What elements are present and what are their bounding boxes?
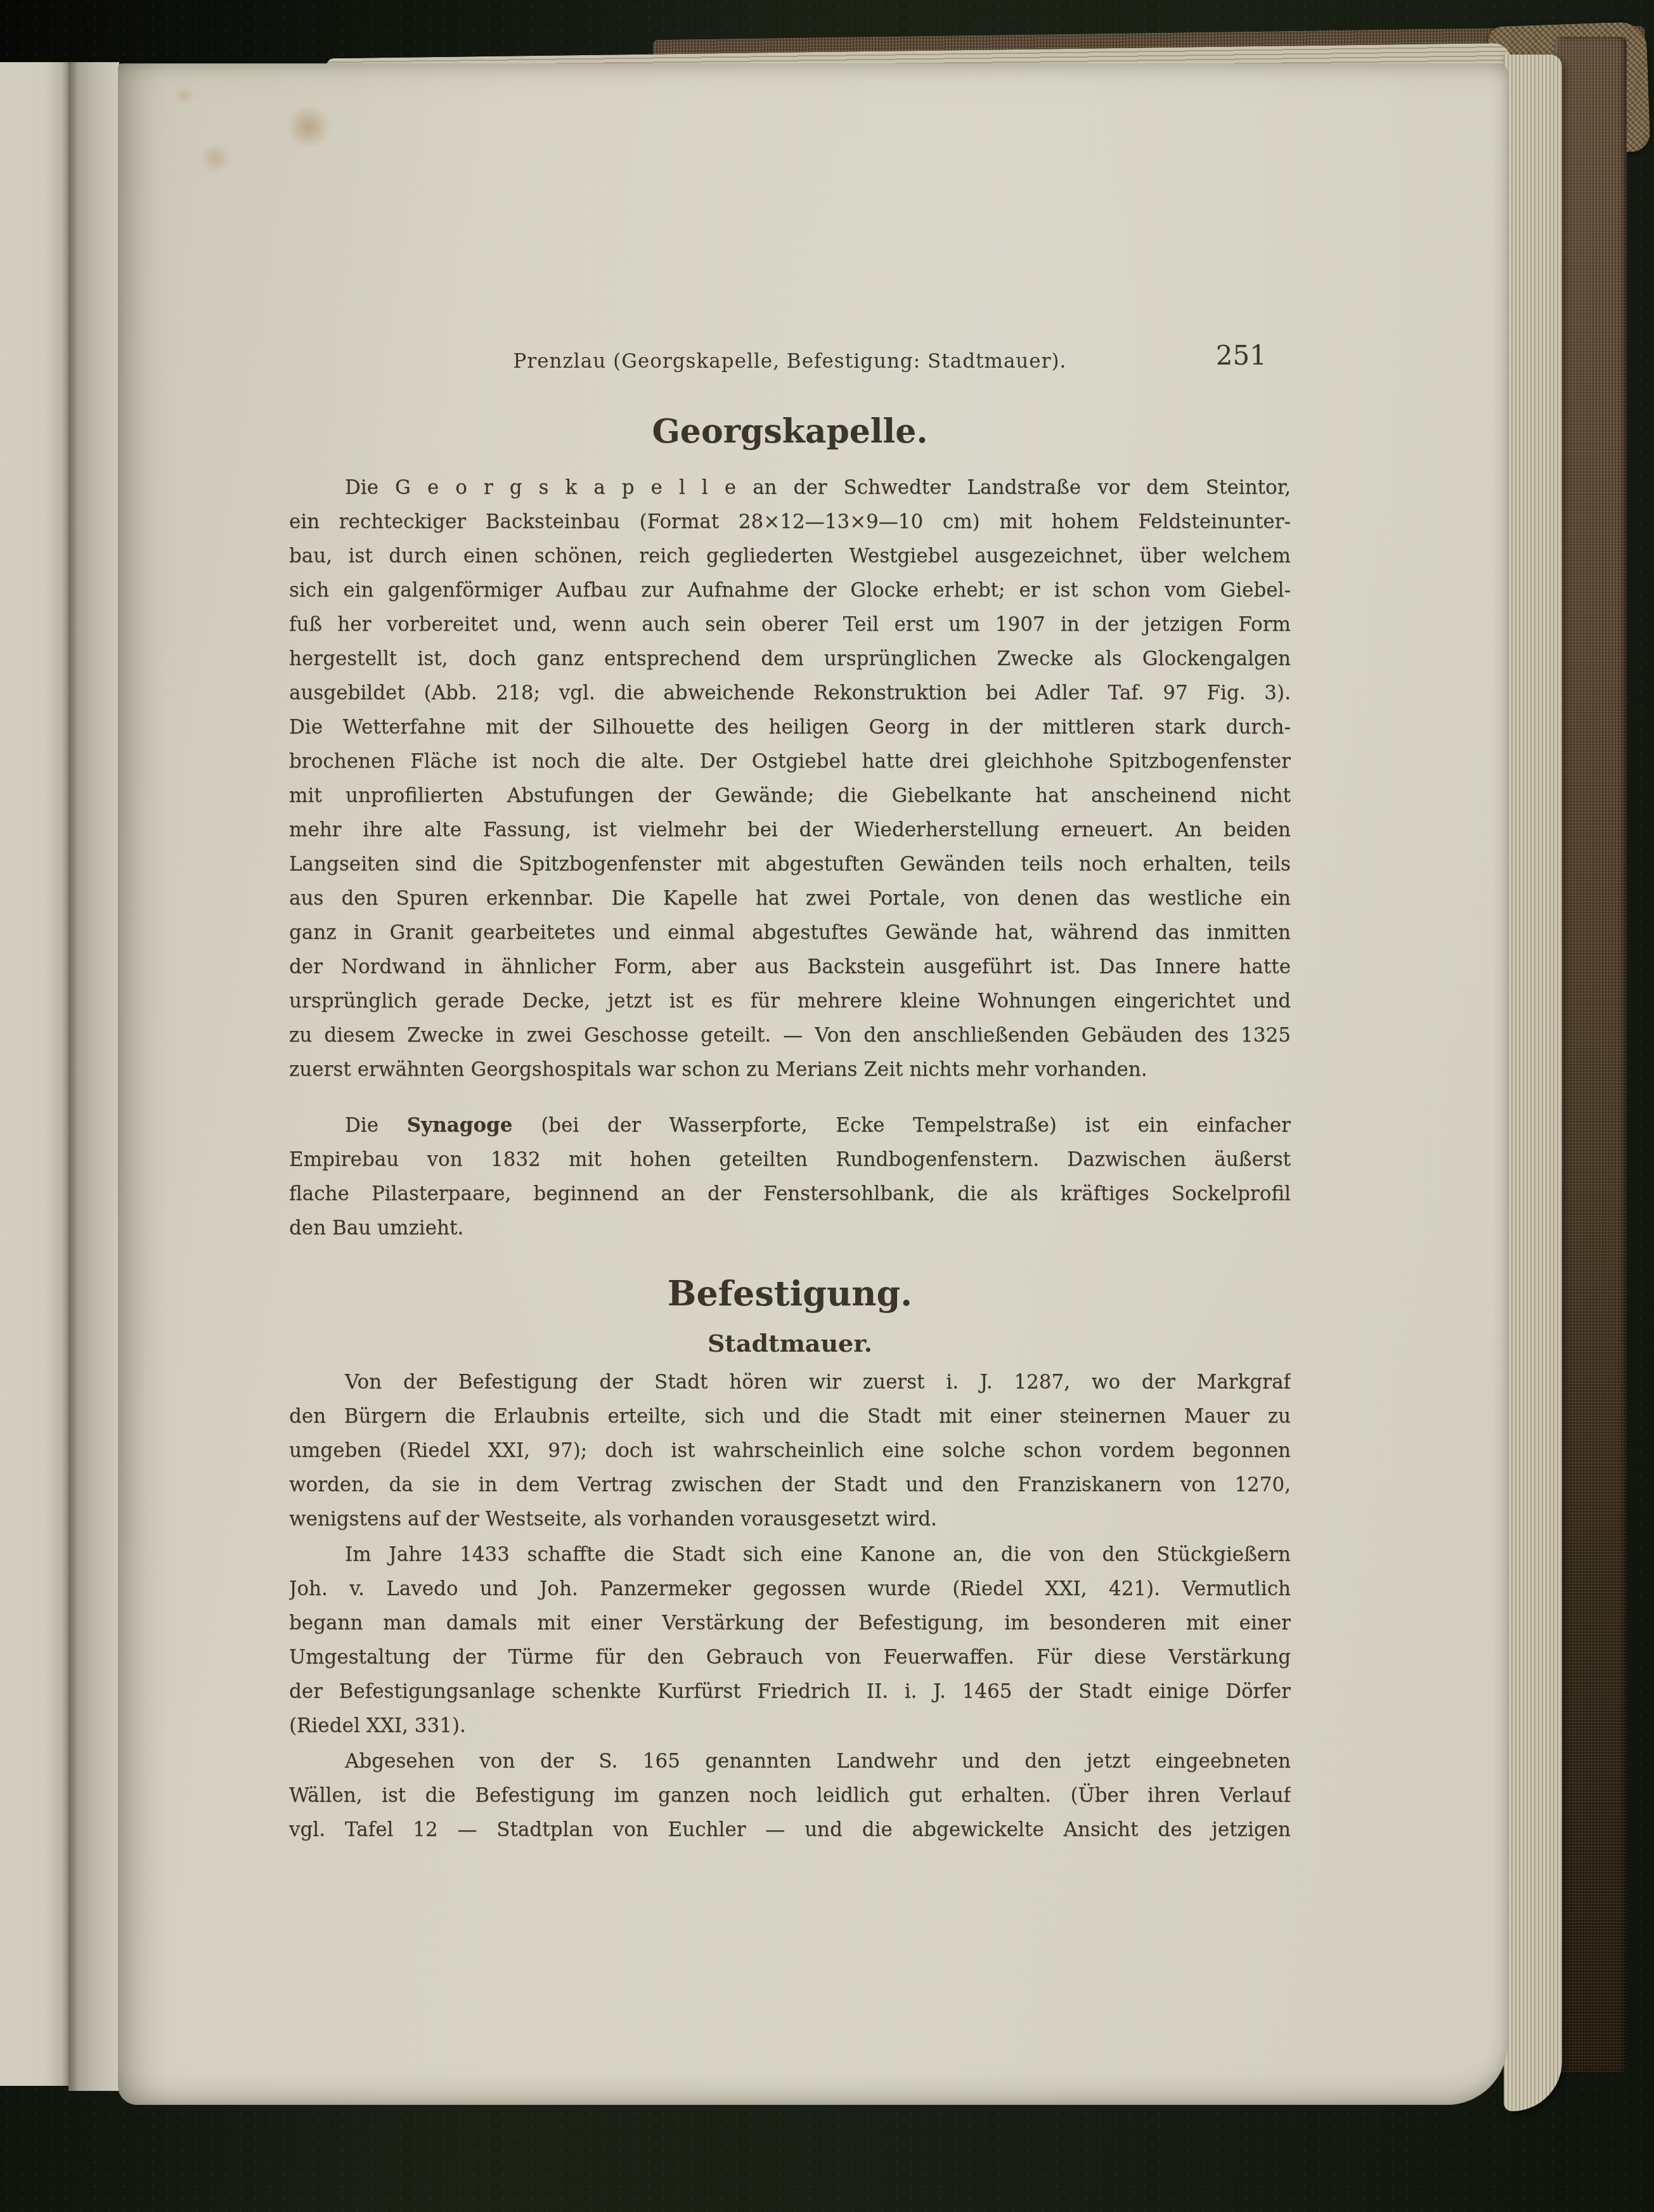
text-line: ursprünglich gerade Decke, jetzt ist es … <box>289 984 1291 1018</box>
foxing-stain <box>284 107 333 147</box>
text-line: worden, da sie in dem Vertrag zwischen d… <box>289 1468 1291 1502</box>
paragraph-stadtmauer-3: Abgesehen von der S. 165 genannten Landw… <box>289 1744 1291 1847</box>
text-line: mit unprofilierten Abstufungen der Gewän… <box>289 779 1291 813</box>
text-line: fuß her vorbereitet und, wenn auch sein … <box>289 607 1291 642</box>
section-title-befestigung: Befestigung. <box>289 1273 1291 1314</box>
text-segment: (bei der Wasserpforte, Ecke Tempelstraße… <box>513 1114 1291 1137</box>
text-line: vgl. Tafel 12 — Stadtplan von Euchler — … <box>289 1813 1291 1847</box>
previous-page-sliver <box>0 62 68 2086</box>
text-line: Von der Befestigung der Stadt hören wir … <box>289 1365 1291 1399</box>
paragraph-synagoge: Die Synagoge (bei der Wasserpforte, Ecke… <box>289 1108 1291 1245</box>
book-page: Prenzlau (Georgskapelle, Befestigung: St… <box>118 63 1508 2105</box>
book-scan: Prenzlau (Georgskapelle, Befestigung: St… <box>0 0 1654 2212</box>
text-line: brochenen Fläche ist noch die alte. Der … <box>289 744 1291 779</box>
text-line: mehr ihre alte Fassung, ist vielmehr bei… <box>289 813 1291 847</box>
text-line: Die Wetterfahne mit der Silhouette des h… <box>289 710 1291 744</box>
text-line: der Nordwand in ähnlicher Form, aber aus… <box>289 950 1291 984</box>
text-line: Abgesehen von der S. 165 genannten Landw… <box>289 1744 1291 1778</box>
page-fore-edge-stack <box>1504 55 1562 2111</box>
subsection-title-stadtmauer: Stadtmauer. <box>289 1329 1291 1357</box>
text-line: umgeben (Riedel XXI, 97); doch ist wahrs… <box>289 1433 1291 1468</box>
section-title-georgskapelle: Georgskapelle. <box>289 412 1291 451</box>
foxing-stain <box>172 86 195 105</box>
text-line: Die G e o r g s k a p e l l e an der Sch… <box>289 470 1291 505</box>
text-line: aus den Spuren erkennbar. Die Kapelle ha… <box>289 881 1291 915</box>
text-line: zu diesem Zwecke in zwei Geschosse getei… <box>289 1018 1291 1052</box>
book-cover-edge-right <box>1554 37 1627 2072</box>
text-segment: Die <box>345 1114 407 1137</box>
text-line: flache Pilasterpaare, beginnend an der F… <box>289 1177 1291 1211</box>
text-line: den Bürgern die Erlaubnis erteilte, sich… <box>289 1399 1291 1433</box>
text-line: Joh. v. Lavedo und Joh. Panzermeker gego… <box>289 1572 1291 1606</box>
paragraph-georgskapelle: Die G e o r g s k a p e l l e an der Sch… <box>289 470 1291 1087</box>
text-line: Umgestaltung der Türme für den Gebrauch … <box>289 1640 1291 1674</box>
text-line: ganz in Granit gearbeitetes und einmal a… <box>289 915 1291 950</box>
text-line: sich ein galgenförmiger Aufbau zur Aufna… <box>289 573 1291 607</box>
paragraph-stadtmauer-2: Im Jahre 1433 schaffte die Stadt sich ei… <box>289 1537 1291 1743</box>
text-line: ausgebildet (Abb. 218; vgl. die abweiche… <box>289 676 1291 710</box>
text-line: Die Synagoge (bei der Wasserpforte, Ecke… <box>289 1108 1291 1142</box>
text-line: der Befestigungsanlage schenkte Kurfürst… <box>289 1674 1291 1709</box>
foxing-stain <box>199 145 232 172</box>
text-line: zuerst erwähnten Georgshospitals war sch… <box>289 1052 1291 1087</box>
text-line: Empirebau von 1832 mit hohen geteilten R… <box>289 1142 1291 1177</box>
text-line: Im Jahre 1433 schaffte die Stadt sich ei… <box>289 1537 1291 1572</box>
text-line: ein rechteckiger Backsteinbau (Format 28… <box>289 505 1291 539</box>
text-line: bau, ist durch einen schönen, reich gegl… <box>289 539 1291 573</box>
text-line: hergestellt ist, doch ganz entsprechend … <box>289 642 1291 676</box>
text-line: (Riedel XXI, 331). <box>289 1709 1291 1743</box>
keyword-synagoge: Synagoge <box>407 1114 513 1137</box>
text-line: den Bau umzieht. <box>289 1211 1291 1245</box>
text-line: Langseiten sind die Spitzbogenfenster mi… <box>289 847 1291 881</box>
gutter-shadow <box>68 62 119 2091</box>
paragraph-stadtmauer-1: Von der Befestigung der Stadt hören wir … <box>289 1365 1291 1536</box>
page-number: 251 <box>289 340 1267 371</box>
text-line: begann man damals mit einer Verstärkung … <box>289 1606 1291 1640</box>
text-line: wenigstens auf der Westseite, als vorhan… <box>289 1502 1291 1536</box>
text-line: Wällen, ist die Befestigung im ganzen no… <box>289 1778 1291 1813</box>
